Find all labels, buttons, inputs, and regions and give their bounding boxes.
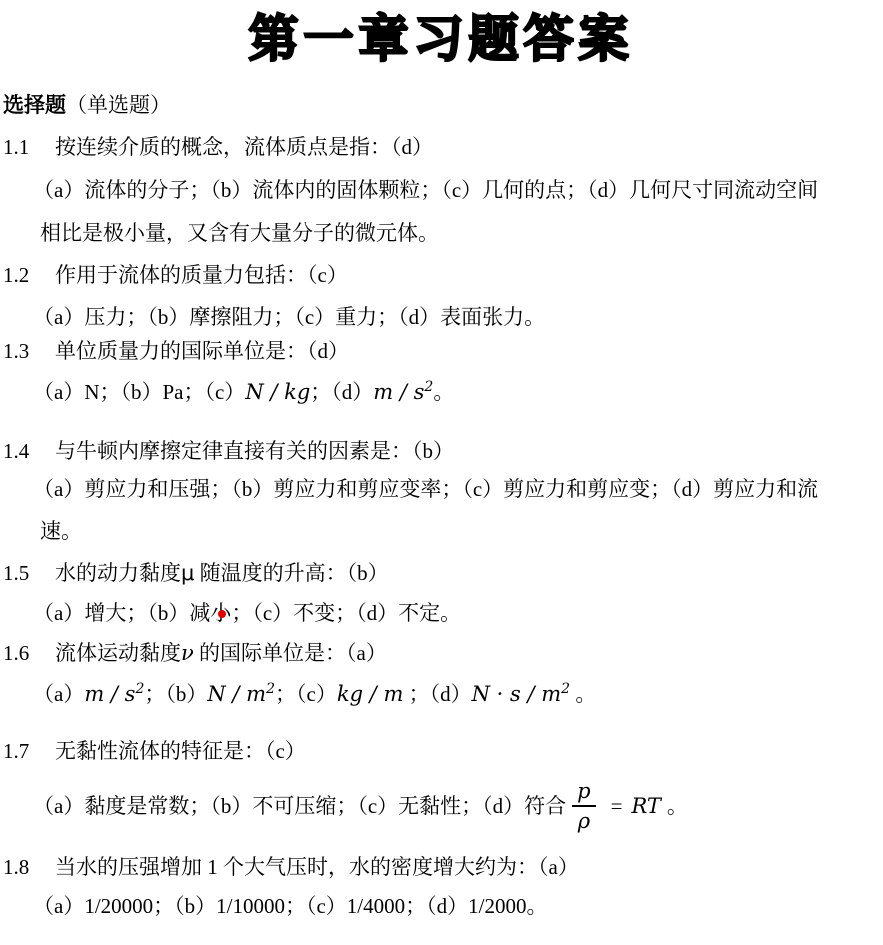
question-1-7: 1.7 无黏性流体的特征是：（c） （a）黏度是常数；（b）不可压缩；（c）无黏… (3, 738, 879, 838)
superscript: 2 (424, 379, 433, 395)
option-line: （a）流体的分子；（b）流体内的固体颗粒；（c）几何的点；（d）几何尺寸同流动空… (3, 177, 879, 203)
question-number: 1.6 (3, 640, 55, 666)
text-run: ；（b） (144, 682, 207, 706)
option-line-continuation: 相比是极小量，又含有大量分子的微元体。 (3, 220, 879, 246)
nu-symbol: ν (181, 641, 194, 665)
question-1-3: 1.3 单位质量力的国际单位是：（d） （a）N；（b）Pa；（c）N / kg… (3, 338, 879, 408)
option-line: （a）N；（b）Pa；（c）N / kg；（d）m / s2。 (3, 376, 879, 408)
math-run: kg / m (337, 682, 404, 706)
option-line: （a）黏度是常数；（b）不可压缩；（c）无黏性；（d）符合pρ=RT。 (3, 774, 879, 838)
mu-symbol: μ (181, 561, 194, 585)
section-header: 选择题（单选题） (3, 92, 879, 118)
superscript: 2 (266, 681, 275, 697)
question-text: 无黏性流体的特征是：（c） (55, 738, 879, 764)
text-run: 随温度的升高：（b） (194, 561, 388, 585)
question-number: 1.1 (3, 134, 55, 160)
question-1-5: 1.5 水的动力黏度μ 随温度的升高：（b） （a）增大；（b）减小；（c）不变… (3, 560, 879, 626)
question-text: 水的动力黏度μ 随温度的升高：（b） (55, 560, 879, 586)
equals-sign: = (611, 793, 623, 819)
question-number: 1.3 (3, 338, 55, 364)
question-text: 按连续介质的概念，流体质点是指：（d） (55, 134, 879, 160)
option-line: （a）压力；（b）摩擦阻力；（c）重力；（d）表面张力。 (3, 304, 879, 330)
text-run: （a） (33, 682, 84, 706)
text-run: 的国际单位是：（a） (194, 641, 387, 665)
option-line: （a）增大；（b）减小；（c）不变；（d）不定。 (3, 600, 879, 626)
section-header-rest: （单选题） (66, 93, 171, 117)
question-1-4: 1.4 与牛顿内摩擦定律直接有关的因素是：（b） （a）剪应力和压强；（b）剪应… (3, 438, 879, 544)
question-text: 单位质量力的国际单位是：（d） (55, 338, 879, 364)
option-line: （a）1/20000；（b）1/10000；（c）1/4000；（d）1/200… (3, 893, 879, 919)
question-1-2: 1.2 作用于流体的质量力包括：（c） （a）压力；（b）摩擦阻力；（c）重力；… (3, 262, 879, 330)
question-text: 当水的压强增加 1 个大气压时，水的密度增大约为：（a） (55, 854, 879, 880)
question-line: 1.2 作用于流体的质量力包括：（c） (3, 262, 879, 288)
option-line-continuation: 速。 (3, 518, 879, 544)
question-number: 1.5 (3, 560, 55, 586)
question-number: 1.7 (3, 738, 55, 764)
question-line: 1.5 水的动力黏度μ 随温度的升高：（b） (3, 560, 879, 586)
question-line: 1.3 单位质量力的国际单位是：（d） (3, 338, 879, 364)
question-text: 作用于流体的质量力包括：（c） (55, 262, 879, 288)
text-run: （a）黏度是常数；（b）不可压缩；（c）无黏性；（d）符合 (33, 793, 566, 819)
question-number: 1.8 (3, 854, 55, 880)
question-line: 1.8 当水的压强增加 1 个大气压时，水的密度增大约为：（a） (3, 854, 879, 880)
question-1-6: 1.6 流体运动黏度ν 的国际单位是：（a） （a）m / s2；（b）N / … (3, 640, 879, 710)
text-run: 流体运动黏度 (55, 641, 181, 665)
question-number: 1.2 (3, 262, 55, 288)
fraction-p-over-rho: pρ (572, 778, 595, 834)
question-text: 与牛顿内摩擦定律直接有关的因素是：（b） (55, 438, 879, 464)
question-line: 1.6 流体运动黏度ν 的国际单位是：（a） (3, 640, 879, 666)
text-run: 。 (667, 793, 688, 819)
question-line: 1.4 与牛顿内摩擦定律直接有关的因素是：（b） (3, 438, 879, 464)
document-page: 第一章习题答案 选择题（单选题） 1.1 按连续介质的概念，流体质点是指：（d）… (0, 0, 883, 919)
question-1-1: 1.1 按连续介质的概念，流体质点是指：（d） （a）流体的分子；（b）流体内的… (3, 134, 879, 246)
text-run: 。 (433, 380, 454, 404)
option-line: （a）剪应力和压强；（b）剪应力和剪应变率；（c）剪应力和剪应变；（d）剪应力和… (3, 476, 879, 502)
fraction-denominator: ρ (578, 807, 590, 834)
text-run: （a）N；（b）Pa；（c） (33, 380, 245, 404)
math-run: RT (631, 793, 660, 819)
question-line: 1.7 无黏性流体的特征是：（c） (3, 738, 879, 764)
text-run: 。 (570, 682, 596, 706)
superscript: 2 (561, 681, 570, 697)
question-line: 1.1 按连续介质的概念，流体质点是指：（d） (3, 134, 879, 160)
text-run: ；（d） (403, 682, 471, 706)
text-run: 水的动力黏度 (55, 561, 181, 585)
math-run: m / s (373, 380, 424, 404)
math-run: N / kg (245, 380, 310, 404)
option-line: （a）m / s2；（b）N / m2；（c）kg / m ；（d）N · s … (3, 678, 879, 710)
question-number: 1.4 (3, 438, 55, 464)
page-title: 第一章习题答案 (3, 8, 879, 70)
question-text: 流体运动黏度ν 的国际单位是：（a） (55, 640, 879, 666)
math-run: N / m (207, 682, 266, 706)
math-run: m / s (84, 682, 135, 706)
text-run: ；（c）不变；（d）不定。 (231, 601, 461, 625)
fraction-numerator: p (572, 778, 595, 807)
text-run: ；（c） (275, 682, 337, 706)
section-header-bold: 选择题 (3, 93, 66, 117)
text-run: ；（d） (310, 380, 373, 404)
text-run: （a）增大；（b）减小 (33, 601, 231, 625)
math-run: N · s / m (472, 682, 562, 706)
question-1-8: 1.8 当水的压强增加 1 个大气压时，水的密度增大约为：（a） （a）1/20… (3, 854, 879, 919)
